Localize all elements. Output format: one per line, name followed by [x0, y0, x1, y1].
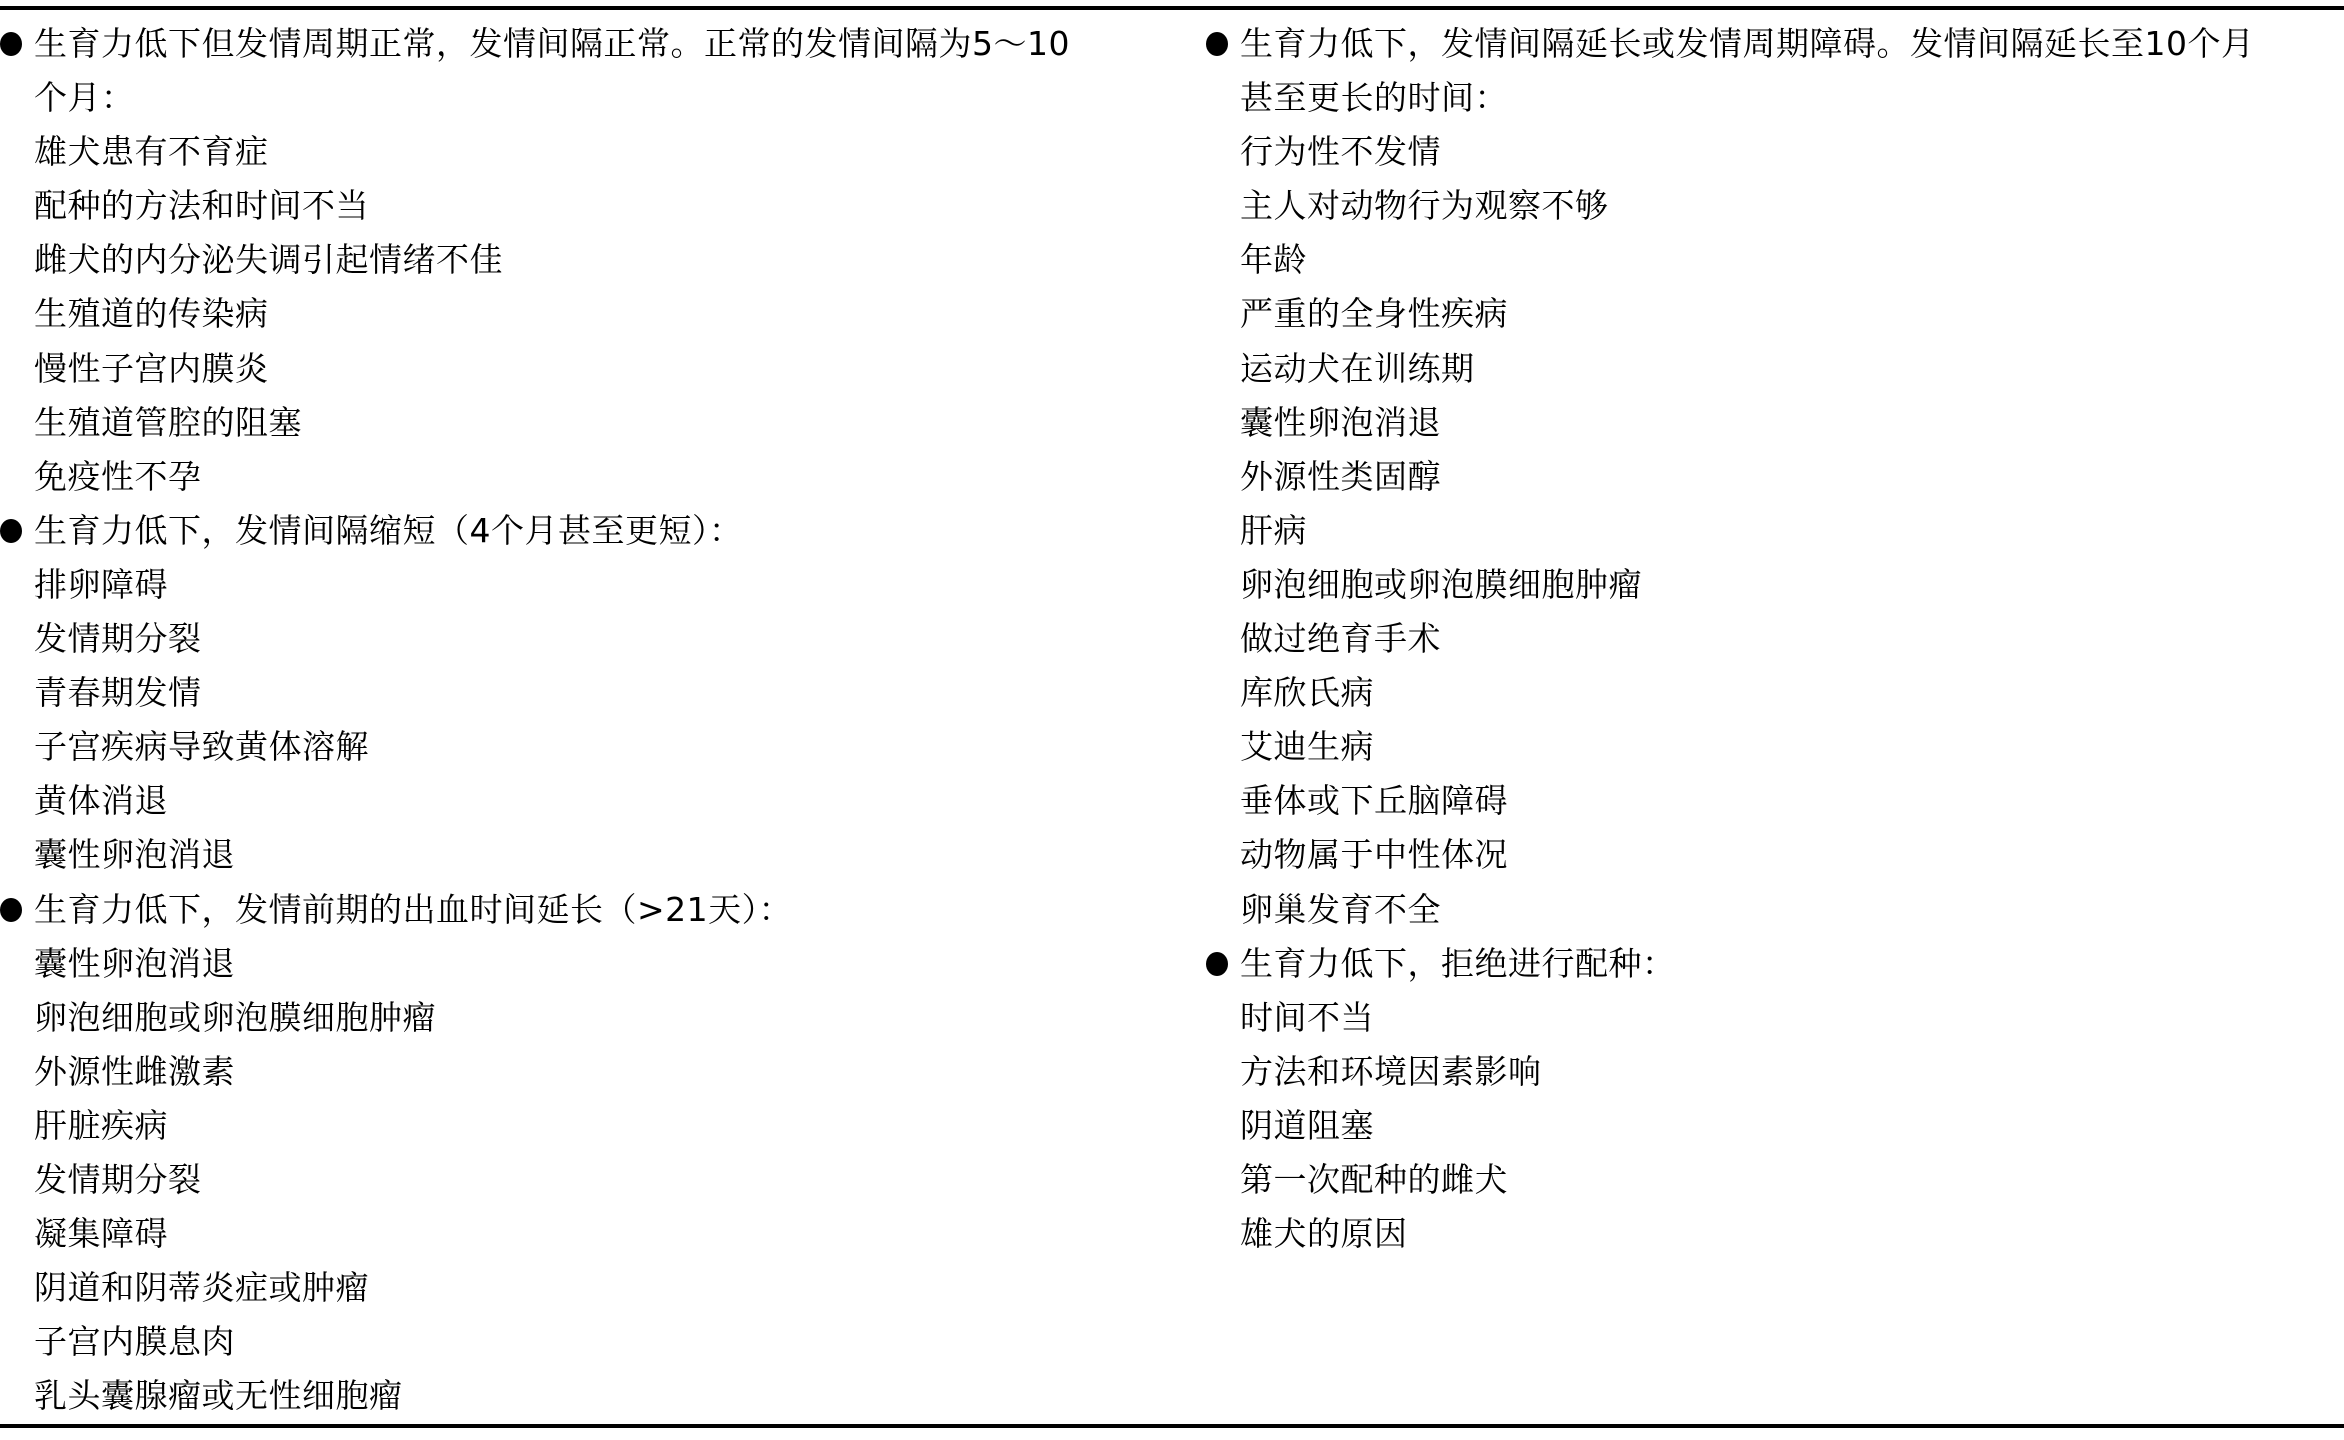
heading-text: 生育力低下，发情间隔缩短（4个月甚至更短）： [34, 511, 743, 550]
list-item: 凝集障碍 [0, 1207, 1190, 1261]
bullet-icon [1206, 32, 1228, 56]
list-item: 外源性雌激素 [0, 1045, 1190, 1099]
list-item: 时间不当 [1204, 991, 2344, 1045]
list-item: 子宫疾病导致黄体溶解 [0, 720, 1190, 774]
bullet-icon [0, 32, 22, 56]
list-item: 囊性卵泡消退 [0, 828, 1190, 882]
list-item: 阴道和阴蒂炎症或肿瘤 [0, 1261, 1190, 1315]
section-heading-cont: 个月： [0, 71, 1190, 125]
heading-text: 生育力低下，发情间隔延长或发情周期障碍。发情间隔延长至10个月 [1240, 24, 2255, 63]
heading-text: 生育力低下但发情周期正常，发情间隔正常。正常的发情间隔为5～10 [34, 24, 1070, 63]
list-item: 生殖道管腔的阻塞 [0, 396, 1190, 450]
list-item: 囊性卵泡消退 [1204, 396, 2344, 450]
list-item: 雄犬的原因 [1204, 1207, 2344, 1261]
list-item: 黄体消退 [0, 774, 1190, 828]
list-item: 青春期发情 [0, 666, 1190, 720]
list-item: 动物属于中性体况 [1204, 828, 2344, 882]
list-item: 方法和环境因素影响 [1204, 1045, 2344, 1099]
bullet-icon [1206, 952, 1228, 976]
right-column: 生育力低下，发情间隔延长或发情周期障碍。发情间隔延长至10个月 甚至更长的时间：… [1204, 17, 2344, 1261]
list-item: 外源性类固醇 [1204, 450, 2344, 504]
bullet-icon [0, 519, 22, 543]
bottom-rule [0, 1424, 2344, 1428]
section-heading-cont: 甚至更长的时间： [1204, 71, 2344, 125]
list-item: 生殖道的传染病 [0, 287, 1190, 341]
section-heading: 生育力低下，发情前期的出血时间延长（>21天）： [0, 883, 1190, 937]
list-item: 发情期分裂 [0, 1153, 1190, 1207]
list-item: 免疫性不孕 [0, 450, 1190, 504]
left-column: 生育力低下但发情周期正常，发情间隔正常。正常的发情间隔为5～10 个月： 雄犬患… [0, 17, 1190, 1423]
list-item: 年龄 [1204, 233, 2344, 287]
heading-text: 甚至更长的时间： [1240, 78, 1508, 117]
list-item: 囊性卵泡消退 [0, 937, 1190, 991]
list-item: 做过绝育手术 [1204, 612, 2344, 666]
heading-text: 生育力低下，发情前期的出血时间延长（>21天）： [34, 890, 792, 929]
list-item: 卵巢发育不全 [1204, 883, 2344, 937]
list-item: 卵泡细胞或卵泡膜细胞肿瘤 [0, 991, 1190, 1045]
list-item: 排卵障碍 [0, 558, 1190, 612]
list-item: 雌犬的内分泌失调引起情绪不佳 [0, 233, 1190, 287]
list-item: 库欣氏病 [1204, 666, 2344, 720]
list-item: 肝病 [1204, 504, 2344, 558]
list-item: 子宫内膜息肉 [0, 1315, 1190, 1369]
list-item: 艾迪生病 [1204, 720, 2344, 774]
section-heading: 生育力低下，拒绝进行配种： [1204, 937, 2344, 991]
list-item: 垂体或下丘脑障碍 [1204, 774, 2344, 828]
bullet-icon [0, 898, 22, 922]
list-item: 卵泡细胞或卵泡膜细胞肿瘤 [1204, 558, 2344, 612]
top-rule [0, 6, 2344, 10]
list-item: 肝脏疾病 [0, 1099, 1190, 1153]
section-heading: 生育力低下，发情间隔延长或发情周期障碍。发情间隔延长至10个月 [1204, 17, 2344, 71]
list-item: 乳头囊腺瘤或无性细胞瘤 [0, 1369, 1190, 1423]
list-item: 雄犬患有不育症 [0, 125, 1190, 179]
list-item: 阴道阻塞 [1204, 1099, 2344, 1153]
list-item: 第一次配种的雌犬 [1204, 1153, 2344, 1207]
list-item: 配种的方法和时间不当 [0, 179, 1190, 233]
section-heading: 生育力低下，发情间隔缩短（4个月甚至更短）： [0, 504, 1190, 558]
list-item: 严重的全身性疾病 [1204, 287, 2344, 341]
heading-text: 生育力低下，拒绝进行配种： [1240, 944, 1676, 983]
list-item: 发情期分裂 [0, 612, 1190, 666]
list-item: 慢性子宫内膜炎 [0, 342, 1190, 396]
heading-text: 个月： [34, 78, 135, 117]
list-item: 主人对动物行为观察不够 [1204, 179, 2344, 233]
list-item: 行为性不发情 [1204, 125, 2344, 179]
list-item: 运动犬在训练期 [1204, 342, 2344, 396]
section-heading: 生育力低下但发情周期正常，发情间隔正常。正常的发情间隔为5～10 [0, 17, 1190, 71]
